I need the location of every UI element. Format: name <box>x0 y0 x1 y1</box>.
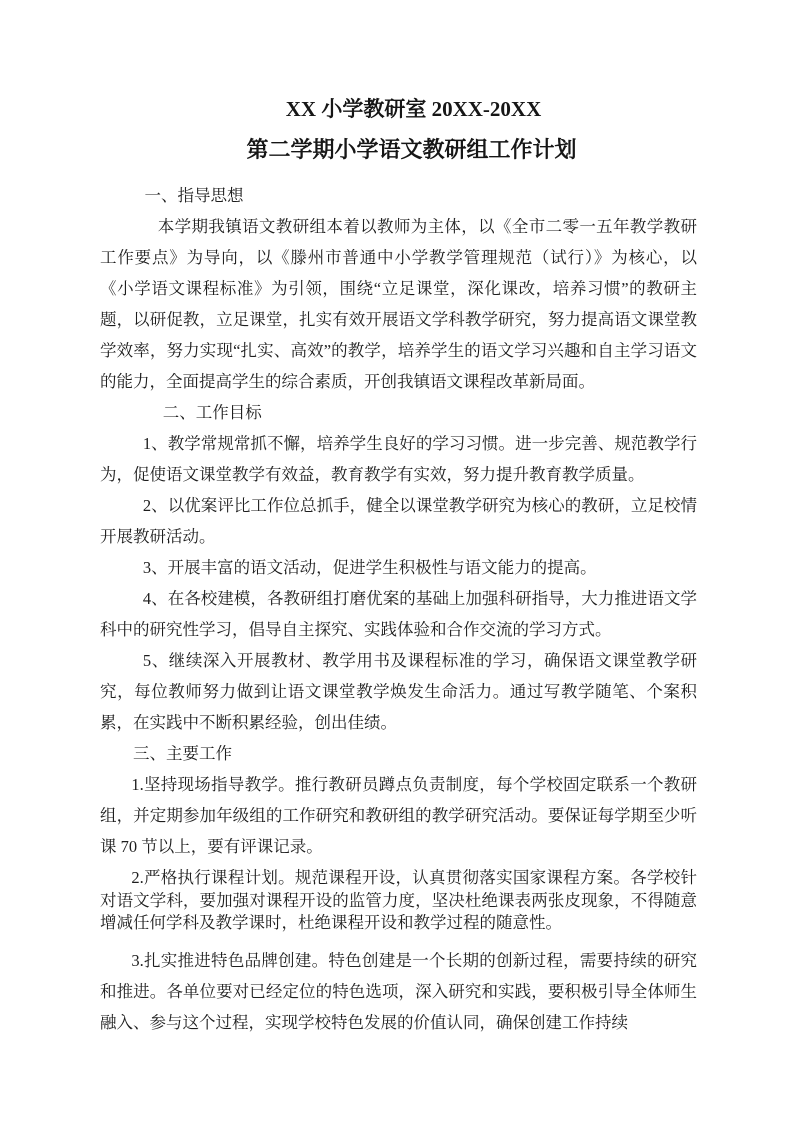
doc-title-line2: 第二学期小学语文教研组工作计划 <box>100 136 697 164</box>
document-page: XX 小学教研室 20XX-20XX 第二学期小学语文教研组工作计划 一、指导思… <box>0 0 793 1122</box>
main-work-item-1: 1.坚持现场指导教学。推行教研员蹲点负责制度，每个学校固定联系一个教研组，并定期… <box>100 769 697 862</box>
work-goal-item-4: 4、在各校建模，各教研组打磨优案的基础上加强科研指导，大力推进语文学科中的研究性… <box>100 583 697 645</box>
section-heading-main-work: 三、主要工作 <box>100 738 697 769</box>
doc-title-line1: XX 小学教研室 20XX-20XX <box>100 96 697 122</box>
work-goal-item-1: 1、教学常规常抓不懈，培养学生良好的学习习惯。进一步完善、规范教学行为，促使语文… <box>100 428 697 490</box>
main-work-item-2: 2.严格执行课程计划。规范课程开设，认真贯彻落实国家课程方案。各学校针对语文学科… <box>100 867 697 935</box>
work-goal-item-2: 2、以优案评比工作位总抓手，健全以课堂教学研究为核心的教研，立足校情开展教研活动… <box>100 490 697 552</box>
paragraph-guiding-ideology: 本学期我镇语文教研组本着以教师为主体，以《全市二零一五年教学教研工作要点》为导向… <box>100 211 697 397</box>
work-goal-item-3: 3、开展丰富的语文活动，促进学生积极性与语文能力的提高。 <box>100 552 697 583</box>
section-heading-guiding-ideology: 一、指导思想 <box>100 180 697 211</box>
work-goal-item-5: 5、继续深入开展教材、教学用书及课程标准的学习，确保语文课堂教学研究，每位教师努… <box>100 645 697 738</box>
main-work-item-3: 3.扎实推进特色品牌创建。特色创建是一个长期的创新过程，需要持续的研究和推进。各… <box>100 945 697 1038</box>
section-heading-work-goals: 二、工作目标 <box>100 397 697 428</box>
